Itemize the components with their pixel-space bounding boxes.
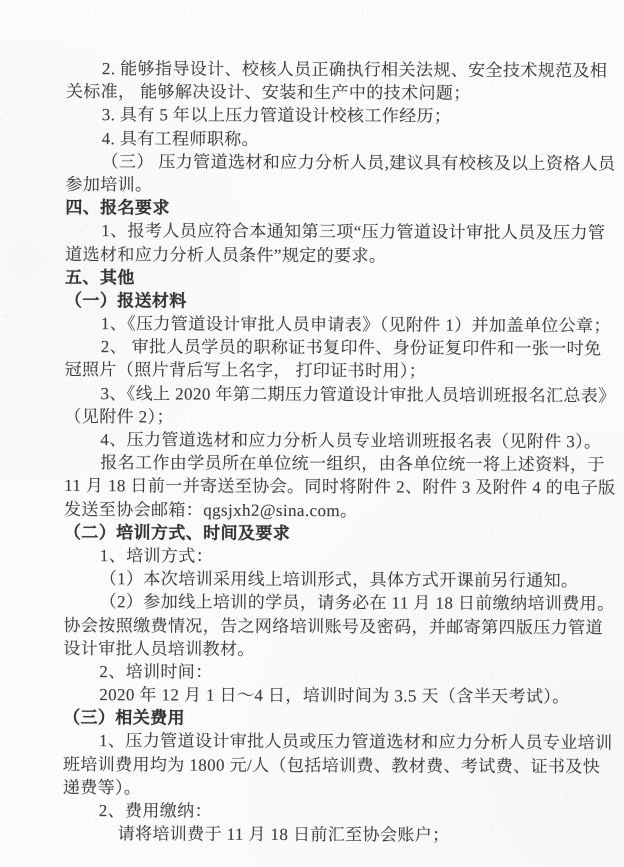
- text-line: 冠照片（照片背后写上名字， 打印证书时用）；: [65, 358, 593, 383]
- text-line: （2）参加线上培训的学员，请务必在 11 月 18 日前缴纳培训费用。: [64, 590, 592, 615]
- heading-line: 五、其他: [65, 266, 593, 291]
- text-line: 2. 能够指导设计、校核人员正确执行相关法规、安全技术规范及相: [66, 57, 594, 82]
- text-line: 报名工作由学员所在单位统一组织，由各单位统一将上述资料，于: [64, 451, 592, 476]
- scanned-document-page: 2. 能够指导设计、校核人员正确执行相关法规、安全技术规范及相关标准， 能够解决…: [0, 0, 624, 867]
- text-line: 2、 审批人员学员的职称证书复印件、身份证复印件和一张一吋免: [65, 335, 593, 360]
- document-text-block: 2. 能够指导设计、校核人员正确执行相关法规、安全技术规范及相关标准， 能够解决…: [63, 57, 594, 848]
- text-line: 递费等）。: [63, 776, 591, 801]
- heading-line: （二）培训方式、时间及要求: [64, 521, 592, 546]
- text-line: 3. 具有 5 年以上压力管道设计校核工作经历；: [66, 103, 594, 128]
- text-line: （见附件 2）；: [64, 405, 592, 430]
- text-line: 道选材和应力分析人员条件”规定的要求。: [65, 242, 593, 267]
- text-line: （1）本次培训采用线上培训形式，具体方式开课前另行通知。: [64, 567, 592, 592]
- text-line: 4、压力管道选材和应力分析人员专业培训班报名表（见附件 3）。: [64, 428, 592, 453]
- text-line: 3、《线上 2020 年第二期压力管道设计审批人员培训班报名汇总表》: [64, 382, 592, 407]
- text-line: 1、报考人员应符合本通知第三项“压力管道设计审批人员及压力管: [65, 219, 593, 244]
- heading-line: （一）报送材料: [65, 289, 593, 314]
- text-line: 11 月 18 日前一并寄送至协会。同时将附件 2、附件 3 及附件 4 的电子…: [64, 474, 592, 499]
- text-line: 2、培训时间：: [63, 660, 591, 685]
- text-line: 1、培训方式：: [64, 544, 592, 569]
- text-line: 1、压力管道设计审批人员或压力管道选材和应力分析人员专业培训: [63, 729, 591, 754]
- text-line: 班培训费用均为 1800 元/人（包括培训费、教材费、考试费、证书及快: [63, 753, 591, 778]
- text-line: 发送至协会邮箱：qgsjxh2@sina.com。: [64, 498, 592, 523]
- text-line: 请将培训费于 11 月 18 日前汇至协会账户；: [63, 822, 591, 847]
- text-line: 协会按照缴费情况，告之网络培训账号及密码，并邮寄第四版压力管道: [63, 613, 591, 638]
- text-line: 设计审批人员培训教材。: [63, 637, 591, 662]
- text-line: 2020 年 12 月 1 日～4 日，培训时间为 3.5 天（含半天考试）。: [63, 683, 591, 708]
- text-line: 参加培训。: [65, 173, 593, 198]
- heading-line: 四、报名要求: [65, 196, 593, 221]
- heading-line: （三）相关费用: [63, 706, 591, 731]
- text-line: 4. 具有工程师职称。: [66, 127, 594, 152]
- text-line: 关标准， 能够解决设计、安装和生产中的技术问题；: [66, 80, 594, 105]
- text-line: 2、费用缴纳：: [63, 799, 591, 824]
- text-line: 1、《压力管道设计审批人员申请表》（见附件 1）并加盖单位公章；: [65, 312, 593, 337]
- text-line: （三） 压力管道选材和应力分析人员,建议具有校核及以上资格人员: [65, 150, 593, 175]
